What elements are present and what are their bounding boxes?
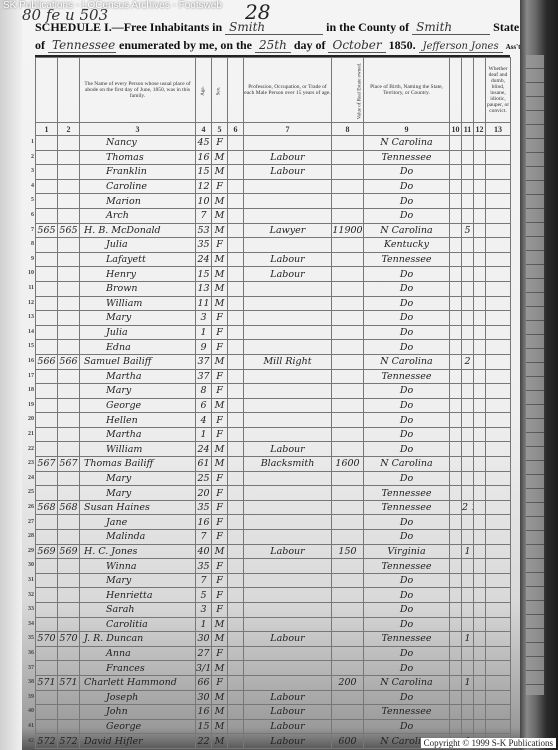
cannot-read-write xyxy=(474,705,486,720)
real-estate-value xyxy=(332,384,364,399)
attended-school xyxy=(462,588,474,603)
real-estate-value xyxy=(332,208,364,223)
line-number: 7 xyxy=(22,227,34,233)
column-number-10: 10 xyxy=(450,123,462,136)
column-header-5: Sex. xyxy=(212,58,228,123)
cannot-read-write xyxy=(474,340,486,355)
state-label: State xyxy=(493,20,519,34)
attended-school xyxy=(462,705,474,720)
age: 61 xyxy=(196,457,212,472)
person-name: Mary xyxy=(80,486,196,501)
color xyxy=(228,325,244,340)
person-name: Thomas xyxy=(80,150,196,165)
infirmity xyxy=(486,369,511,384)
cannot-read-write xyxy=(474,325,486,340)
dwelling-number xyxy=(36,179,58,194)
family-number xyxy=(58,311,80,326)
color xyxy=(228,573,244,588)
sex: M xyxy=(212,252,228,267)
table-row: Sarah3FDo xyxy=(36,603,511,618)
cannot-read-write xyxy=(474,384,486,399)
sex: M xyxy=(212,544,228,559)
column-number-5: 5 xyxy=(212,123,228,136)
color xyxy=(228,427,244,442)
line-number: 24 xyxy=(22,475,34,481)
birthplace: N Carolina xyxy=(364,457,450,472)
person-name: Henry xyxy=(80,267,196,282)
table-row: Jane16FDo xyxy=(36,515,511,530)
dwelling-number xyxy=(36,427,58,442)
age: 35 xyxy=(196,500,212,515)
line-number: 32 xyxy=(22,592,34,598)
occupation xyxy=(244,646,332,661)
occupation: Blacksmith xyxy=(244,457,332,472)
family-number xyxy=(58,705,80,720)
table-row: William11MDo xyxy=(36,296,511,311)
age: 7 xyxy=(196,530,212,545)
real-estate-value xyxy=(332,252,364,267)
occupation: Labour xyxy=(244,267,332,282)
person-name: Henrietta xyxy=(80,588,196,603)
real-estate-value xyxy=(332,617,364,632)
line-number: 13 xyxy=(22,314,34,320)
family-number xyxy=(58,573,80,588)
color xyxy=(228,646,244,661)
married xyxy=(450,603,462,618)
table-row: Malinda7FDo xyxy=(36,530,511,545)
person-name: Susan Haines xyxy=(80,500,196,515)
infirmity xyxy=(486,281,511,296)
color xyxy=(228,734,244,749)
dwelling-number xyxy=(36,661,58,676)
table-row: 567567Thomas Bailiff61MBlacksmith1600N C… xyxy=(36,457,511,472)
age: 20 xyxy=(196,486,212,501)
table-row: Hellen4FDo xyxy=(36,413,511,428)
dwelling-number: 569 xyxy=(36,544,58,559)
column-header-9: Place of Birth, Naming the State, Territ… xyxy=(364,58,450,123)
infirmity xyxy=(486,690,511,705)
column-header-3: The Name of every Person whose usual pla… xyxy=(80,58,196,123)
line-number: 34 xyxy=(22,621,34,627)
attended-school xyxy=(462,267,474,282)
real-estate-value xyxy=(332,471,364,486)
birthplace: Tennessee xyxy=(364,705,450,720)
birthplace: Tennessee xyxy=(364,150,450,165)
family-number: 570 xyxy=(58,632,80,647)
person-name: Martha xyxy=(80,427,196,442)
color xyxy=(228,442,244,457)
table-row: Edna9FDo xyxy=(36,340,511,355)
occupation xyxy=(244,179,332,194)
color xyxy=(228,690,244,705)
of-label: of xyxy=(35,38,45,52)
real-estate-value xyxy=(332,281,364,296)
attended-school xyxy=(462,427,474,442)
infirmity xyxy=(486,471,511,486)
attended-school xyxy=(462,384,474,399)
occupation: Labour xyxy=(244,150,332,165)
sex: M xyxy=(212,267,228,282)
real-estate-value xyxy=(332,413,364,428)
person-name: Mary xyxy=(80,311,196,326)
married xyxy=(450,325,462,340)
real-estate-value xyxy=(332,588,364,603)
family-number xyxy=(58,398,80,413)
infirmity xyxy=(486,208,511,223)
occupation xyxy=(244,500,332,515)
sex: M xyxy=(212,223,228,238)
birthplace: Do xyxy=(364,267,450,282)
column-number-8: 8 xyxy=(332,123,364,136)
married xyxy=(450,457,462,472)
family-number xyxy=(58,325,80,340)
dwelling-number xyxy=(36,471,58,486)
infirmity xyxy=(486,165,511,180)
sex: M xyxy=(212,719,228,734)
occupation xyxy=(244,573,332,588)
cannot-read-write xyxy=(474,632,486,647)
birthplace: Do xyxy=(364,340,450,355)
sex: F xyxy=(212,413,228,428)
age: 15 xyxy=(196,267,212,282)
person-name: Edna xyxy=(80,340,196,355)
table-row: Mary7FDo xyxy=(36,573,511,588)
district: Smith xyxy=(225,20,323,35)
age: 37 xyxy=(196,354,212,369)
cannot-read-write xyxy=(474,603,486,618)
married xyxy=(450,705,462,720)
real-estate-value xyxy=(332,354,364,369)
census-page: SK Publications - LOCensus Archives - Fo… xyxy=(0,0,520,750)
age: 22 xyxy=(196,734,212,749)
occupation xyxy=(244,617,332,632)
married xyxy=(450,632,462,647)
year: 1850. xyxy=(389,38,416,52)
infirmity xyxy=(486,384,511,399)
birthplace: N Carolina xyxy=(364,675,450,690)
dwelling-number: 570 xyxy=(36,632,58,647)
birthplace: Do xyxy=(364,573,450,588)
infirmity xyxy=(486,559,511,574)
age: 9 xyxy=(196,340,212,355)
real-estate-value xyxy=(332,646,364,661)
family-number xyxy=(58,661,80,676)
family-number: 565 xyxy=(58,223,80,238)
age: 8 xyxy=(196,384,212,399)
occupation xyxy=(244,369,332,384)
color xyxy=(228,559,244,574)
sex: F xyxy=(212,427,228,442)
dwelling-number xyxy=(36,238,58,253)
person-name: Joseph xyxy=(80,690,196,705)
family-number xyxy=(58,267,80,282)
table-row: George6MDo xyxy=(36,398,511,413)
age: 37 xyxy=(196,369,212,384)
occupation xyxy=(244,427,332,442)
cannot-read-write xyxy=(474,165,486,180)
occupation xyxy=(244,530,332,545)
age: 25 xyxy=(196,471,212,486)
age: 30 xyxy=(196,632,212,647)
attended-school xyxy=(462,413,474,428)
infirmity xyxy=(486,223,511,238)
line-number: 1 xyxy=(22,139,34,145)
line-number: 11 xyxy=(22,285,34,291)
family-number: 566 xyxy=(58,354,80,369)
table-row: Martha1FDo xyxy=(36,427,511,442)
dwelling-number xyxy=(36,515,58,530)
married xyxy=(450,296,462,311)
cannot-read-write xyxy=(474,136,486,151)
attended-school xyxy=(462,398,474,413)
table-row: Mary20FTennessee xyxy=(36,486,511,501)
infirmity xyxy=(486,238,511,253)
birthplace: Do xyxy=(364,515,450,530)
real-estate-value xyxy=(332,340,364,355)
family-number xyxy=(58,442,80,457)
line-number: 29 xyxy=(22,548,34,554)
column-number-row: 12345678910111213 xyxy=(36,123,511,136)
copyright: Copyright © 1999 S-K Publications xyxy=(421,738,556,748)
birthplace: Virginia xyxy=(364,544,450,559)
family-number xyxy=(58,136,80,151)
married xyxy=(450,340,462,355)
cannot-read-write xyxy=(474,573,486,588)
age: 24 xyxy=(196,252,212,267)
person-name: John xyxy=(80,705,196,720)
line-number: 31 xyxy=(22,577,34,583)
birthplace: Tennessee xyxy=(364,252,450,267)
column-number-9: 9 xyxy=(364,123,450,136)
cannot-read-write xyxy=(474,208,486,223)
birthplace: Do xyxy=(364,194,450,209)
dwelling-number xyxy=(36,705,58,720)
cannot-read-write xyxy=(474,646,486,661)
line-number: 10 xyxy=(22,270,34,276)
age: 13 xyxy=(196,281,212,296)
infirmity xyxy=(486,296,511,311)
age: 53 xyxy=(196,223,212,238)
dwelling-number xyxy=(36,296,58,311)
married xyxy=(450,515,462,530)
married xyxy=(450,442,462,457)
line-number: 26 xyxy=(22,504,34,510)
occupation xyxy=(244,325,332,340)
line-number: 33 xyxy=(22,606,34,612)
real-estate-value xyxy=(332,632,364,647)
married xyxy=(450,573,462,588)
county: Smith xyxy=(412,20,490,35)
infirmity xyxy=(486,340,511,355)
color xyxy=(228,705,244,720)
line-number: 39 xyxy=(22,694,34,700)
infirmity xyxy=(486,675,511,690)
column-number-1: 1 xyxy=(36,123,58,136)
color xyxy=(228,136,244,151)
occupation xyxy=(244,559,332,574)
age: 35 xyxy=(196,559,212,574)
enumerated-label: enumerated by me, on the xyxy=(119,38,252,52)
color xyxy=(228,398,244,413)
line-number: 42 xyxy=(22,738,34,744)
married xyxy=(450,559,462,574)
sex: M xyxy=(212,661,228,676)
age: 7 xyxy=(196,208,212,223)
married xyxy=(450,267,462,282)
birthplace: Do xyxy=(364,281,450,296)
cannot-read-write xyxy=(474,544,486,559)
color xyxy=(228,486,244,501)
person-name: J. R. Duncan xyxy=(80,632,196,647)
age: 35 xyxy=(196,238,212,253)
sex: F xyxy=(212,340,228,355)
occupation: Labour xyxy=(244,252,332,267)
column-header-12: Persons over 20 years of age who cannot … xyxy=(474,58,486,123)
infirmity xyxy=(486,661,511,676)
color xyxy=(228,194,244,209)
person-name: Nancy xyxy=(80,136,196,151)
schedule-label: SCHEDULE I.—Free Inhabitants in xyxy=(35,20,222,34)
occupation xyxy=(244,588,332,603)
table-row: Nancy45FN Carolina xyxy=(36,136,511,151)
birthplace: Tennessee xyxy=(364,369,450,384)
person-name: Lafayett xyxy=(80,252,196,267)
color xyxy=(228,281,244,296)
real-estate-value xyxy=(332,325,364,340)
attended-school: 1 xyxy=(462,544,474,559)
state: Tennessee xyxy=(48,38,116,53)
age: 1 xyxy=(196,325,212,340)
married xyxy=(450,544,462,559)
column-header-8: Value of Real Estate owned. xyxy=(332,58,364,123)
table-row: Julia1FDo xyxy=(36,325,511,340)
attended-school xyxy=(462,325,474,340)
color xyxy=(228,675,244,690)
infirmity xyxy=(486,252,511,267)
attended-school: 1 xyxy=(462,632,474,647)
cannot-read-write xyxy=(474,223,486,238)
color xyxy=(228,267,244,282)
line-number: 12 xyxy=(22,300,34,306)
dwelling-number xyxy=(36,150,58,165)
person-name: Caroline xyxy=(80,179,196,194)
real-estate-value xyxy=(332,311,364,326)
age: 6 xyxy=(196,398,212,413)
table-row: Carolitia1MDo xyxy=(36,617,511,632)
family-number xyxy=(58,194,80,209)
census-table: Dwelling-houses numbered in the order of… xyxy=(35,57,511,749)
married xyxy=(450,617,462,632)
sex: F xyxy=(212,238,228,253)
color xyxy=(228,252,244,267)
dwelling-number: 571 xyxy=(36,675,58,690)
line-number: 27 xyxy=(22,519,34,525)
day: 25th xyxy=(255,38,291,53)
table-row: Frances3/12MDo xyxy=(36,661,511,676)
family-number xyxy=(58,530,80,545)
person-name: William xyxy=(80,296,196,311)
attended-school xyxy=(462,530,474,545)
real-estate-value xyxy=(332,238,364,253)
age: 1 xyxy=(196,427,212,442)
family-number xyxy=(58,281,80,296)
attended-school: 5 xyxy=(462,223,474,238)
person-name: Samuel Bailiff xyxy=(80,354,196,369)
occupation: Labour xyxy=(244,165,332,180)
occupation: Labour xyxy=(244,705,332,720)
real-estate-value xyxy=(332,165,364,180)
dwelling-number xyxy=(36,325,58,340)
attended-school xyxy=(462,471,474,486)
line-number: 40 xyxy=(22,708,34,714)
married xyxy=(450,486,462,501)
cannot-read-write xyxy=(474,238,486,253)
family-number xyxy=(58,515,80,530)
dwelling-number xyxy=(36,267,58,282)
attended-school xyxy=(462,486,474,501)
line-number: 22 xyxy=(22,446,34,452)
attended-school xyxy=(462,238,474,253)
family-number xyxy=(58,413,80,428)
sex: M xyxy=(212,705,228,720)
cannot-read-write xyxy=(474,661,486,676)
attended-school xyxy=(462,208,474,223)
attended-school: 2 1 xyxy=(462,500,474,515)
real-estate-value xyxy=(332,486,364,501)
birthplace: Do xyxy=(364,208,450,223)
real-estate-value xyxy=(332,573,364,588)
infirmity xyxy=(486,150,511,165)
person-name: Julia xyxy=(80,325,196,340)
real-estate-value xyxy=(332,705,364,720)
marshal-label: Ass't Marshal. xyxy=(506,43,520,51)
married xyxy=(450,194,462,209)
occupation xyxy=(244,208,332,223)
real-estate-value: 150 xyxy=(332,544,364,559)
infirmity xyxy=(486,617,511,632)
person-name: Sarah xyxy=(80,603,196,618)
sex: F xyxy=(212,675,228,690)
real-estate-value xyxy=(332,267,364,282)
color xyxy=(228,354,244,369)
cannot-read-write xyxy=(474,427,486,442)
cannot-read-write xyxy=(474,471,486,486)
table-row: John16MLabourTennessee xyxy=(36,705,511,720)
age: 3 xyxy=(196,603,212,618)
column-label: Age. xyxy=(201,86,207,96)
dwelling-number: 568 xyxy=(36,500,58,515)
color xyxy=(228,340,244,355)
occupation: Labour xyxy=(244,734,332,749)
occupation: Lawyer xyxy=(244,223,332,238)
table-row: 569569H. C. Jones40MLabour150Virginia1 xyxy=(36,544,511,559)
column-number-12: 12 xyxy=(474,123,486,136)
person-name: George xyxy=(80,398,196,413)
dwelling-number xyxy=(36,719,58,734)
person-name: Anna xyxy=(80,646,196,661)
color xyxy=(228,413,244,428)
dwelling-number xyxy=(36,617,58,632)
dwelling-number xyxy=(36,646,58,661)
person-name: Jane xyxy=(80,515,196,530)
person-name: Mary xyxy=(80,384,196,399)
birthplace: Tennessee xyxy=(364,486,450,501)
cannot-read-write xyxy=(474,719,486,734)
dwelling-number xyxy=(36,208,58,223)
sex: F xyxy=(212,515,228,530)
person-name: Thomas Bailiff xyxy=(80,457,196,472)
occupation: Labour xyxy=(244,544,332,559)
